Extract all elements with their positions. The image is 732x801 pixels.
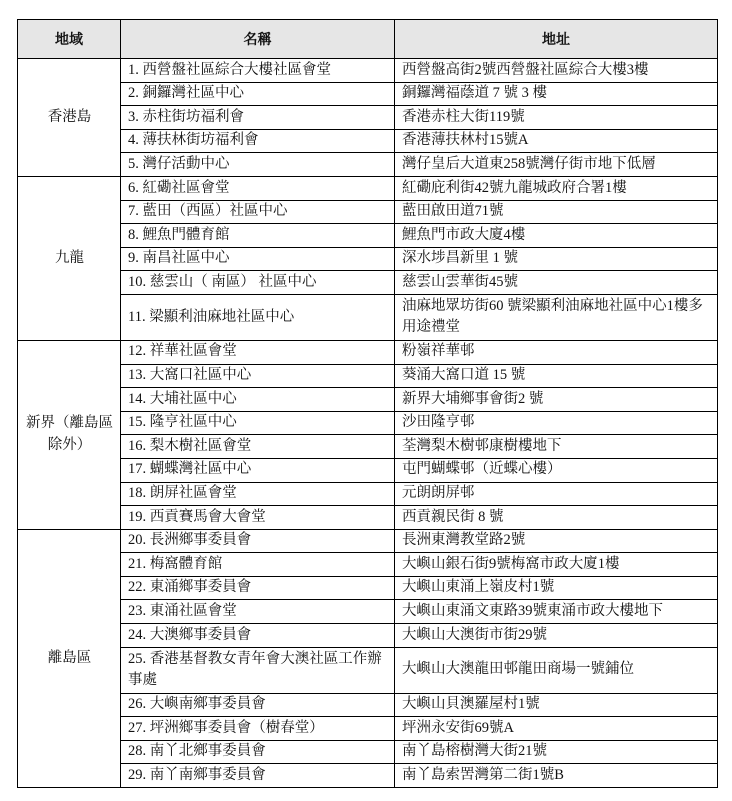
- venue-name: 8. 鯉魚門體育館: [121, 224, 395, 248]
- table-row: 15. 隆亨社區中心 沙田隆亨邨: [18, 411, 718, 435]
- venue-name: 7. 藍田（西區）社區中心: [121, 200, 395, 224]
- table-row: 10. 慈雲山（ 南區） 社區中心 慈雲山雲華街45號: [18, 271, 718, 295]
- table-row: 九龍 6. 紅磡社區會堂 紅磡庇利街42號九龍城政府合署1樓: [18, 176, 718, 200]
- table-row: 4. 薄扶林街坊福利會 香港薄扶林村15號A: [18, 129, 718, 153]
- venue-address: 沙田隆亨邨: [395, 411, 718, 435]
- table-row: 21. 梅窩體育館 大嶼山銀石街9號梅窩市政大廈1樓: [18, 553, 718, 577]
- venue-name: 13. 大窩口社區中心: [121, 364, 395, 388]
- venue-address: 藍田啟田道71號: [395, 200, 718, 224]
- table-row: 14. 大埔社區中心 新界大埔鄉事會街2 號: [18, 388, 718, 412]
- venue-address: 元朗朗屏邨: [395, 482, 718, 506]
- venue-address: 西貢親民街 8 號: [395, 506, 718, 530]
- venue-address: 香港赤柱大街119號: [395, 106, 718, 130]
- venue-name: 12. 祥華社區會堂: [121, 340, 395, 364]
- venue-name: 21. 梅窩體育館: [121, 553, 395, 577]
- venue-address: 屯門蝴蝶邨（近蝶心樓）: [395, 458, 718, 482]
- venue-address: 南丫島索罟灣第二街1號B: [395, 764, 718, 788]
- table-row: 23. 東涌社區會堂 大嶼山東涌文東路39號東涌市政大樓地下: [18, 600, 718, 624]
- table-row: 9. 南昌社區中心 深水埗昌新里 1 號: [18, 247, 718, 271]
- table-row: 離島區 20. 長洲鄉事委員會 長洲東灣教堂路2號: [18, 529, 718, 553]
- venue-name: 29. 南丫南鄉事委員會: [121, 764, 395, 788]
- venue-address: 長洲東灣教堂路2號: [395, 529, 718, 553]
- table-row: 8. 鯉魚門體育館 鯉魚門市政大廈4樓: [18, 224, 718, 248]
- table-row: 新界（離島區除外） 12. 祥華社區會堂 粉嶺祥華邨: [18, 340, 718, 364]
- venue-name: 28. 南丫北鄉事委員會: [121, 740, 395, 764]
- table-row: 5. 灣仔活動中心 灣仔皇后大道東258號灣仔街市地下低層: [18, 153, 718, 177]
- venue-name: 14. 大埔社區中心: [121, 388, 395, 412]
- table-row: 26. 大嶼南鄉事委員會 大嶼山貝澳羅屋村1號: [18, 693, 718, 717]
- venue-address: 紅磡庇利街42號九龍城政府合署1樓: [395, 176, 718, 200]
- venue-address: 葵涌大窩口道 15 號: [395, 364, 718, 388]
- region-cell-hong-kong-island: 香港島: [18, 59, 121, 177]
- venue-name: 20. 長洲鄉事委員會: [121, 529, 395, 553]
- table-row: 2. 銅鑼灣社區中心 銅鑼灣福蔭道 7 號 3 樓: [18, 82, 718, 106]
- venue-name: 25. 香港基督教女青年會大澳社區工作辦事處: [121, 647, 395, 693]
- venue-address: 大嶼山大澳龍田邨龍田商場一號鋪位: [395, 647, 718, 693]
- venue-address: 新界大埔鄉事會街2 號: [395, 388, 718, 412]
- venue-address: 灣仔皇后大道東258號灣仔街市地下低層: [395, 153, 718, 177]
- venue-address: 油麻地眾坊街60 號梁顯利油麻地社區中心1樓多用途禮堂: [395, 294, 718, 340]
- region-cell-islands: 離島區: [18, 529, 121, 787]
- table-row: 25. 香港基督教女青年會大澳社區工作辦事處 大嶼山大澳龍田邨龍田商場一號鋪位: [18, 647, 718, 693]
- venue-address: 慈雲山雲華街45號: [395, 271, 718, 295]
- table-row: 24. 大澳鄉事委員會 大嶼山大澳街市街29號: [18, 624, 718, 648]
- table-row: 17. 蝴蝶灣社區中心 屯門蝴蝶邨（近蝶心樓）: [18, 458, 718, 482]
- venue-name: 11. 梁顯利油麻地社區中心: [121, 294, 395, 340]
- venue-name: 17. 蝴蝶灣社區中心: [121, 458, 395, 482]
- table-row: 18. 朗屏社區會堂 元朗朗屏邨: [18, 482, 718, 506]
- table-row: 3. 赤柱街坊福利會 香港赤柱大街119號: [18, 106, 718, 130]
- table-row: 27. 坪洲鄉事委員會（樹春堂） 坪洲永安街69號A: [18, 717, 718, 741]
- venue-name: 6. 紅磡社區會堂: [121, 176, 395, 200]
- venue-name: 15. 隆亨社區中心: [121, 411, 395, 435]
- venue-name: 4. 薄扶林街坊福利會: [121, 129, 395, 153]
- venue-address: 粉嶺祥華邨: [395, 340, 718, 364]
- table-row: 19. 西貢賽馬會大會堂 西貢親民街 8 號: [18, 506, 718, 530]
- venue-name: 5. 灣仔活動中心: [121, 153, 395, 177]
- venue-name: 24. 大澳鄉事委員會: [121, 624, 395, 648]
- venue-name: 2. 銅鑼灣社區中心: [121, 82, 395, 106]
- venue-address: 西營盤高街2號西營盤社區綜合大樓3樓: [395, 59, 718, 83]
- table-row: 29. 南丫南鄉事委員會 南丫島索罟灣第二街1號B: [18, 764, 718, 788]
- venue-name: 18. 朗屏社區會堂: [121, 482, 395, 506]
- venue-address: 銅鑼灣福蔭道 7 號 3 樓: [395, 82, 718, 106]
- table-row: 香港島 1. 西營盤社區綜合大樓社區會堂 西營盤高街2號西營盤社區綜合大樓3樓: [18, 59, 718, 83]
- venue-name: 3. 赤柱街坊福利會: [121, 106, 395, 130]
- venue-address: 大嶼山貝澳羅屋村1號: [395, 693, 718, 717]
- table-row: 11. 梁顯利油麻地社區中心 油麻地眾坊街60 號梁顯利油麻地社區中心1樓多用途…: [18, 294, 718, 340]
- venue-name: 1. 西營盤社區綜合大樓社區會堂: [121, 59, 395, 83]
- table-row: 22. 東涌鄉事委員會 大嶼山東涌上嶺皮村1號: [18, 576, 718, 600]
- venue-name: 27. 坪洲鄉事委員會（樹春堂）: [121, 717, 395, 741]
- table-row: 13. 大窩口社區中心 葵涌大窩口道 15 號: [18, 364, 718, 388]
- venue-name: 16. 梨木樹社區會堂: [121, 435, 395, 459]
- venue-address: 荃灣梨木樹邨康樹樓地下: [395, 435, 718, 459]
- venue-name: 19. 西貢賽馬會大會堂: [121, 506, 395, 530]
- venue-address: 坪洲永安街69號A: [395, 717, 718, 741]
- header-name: 名稱: [121, 20, 395, 59]
- header-address: 地址: [395, 20, 718, 59]
- venue-name: 10. 慈雲山（ 南區） 社區中心: [121, 271, 395, 295]
- venue-name: 9. 南昌社區中心: [121, 247, 395, 271]
- venue-name: 23. 東涌社區會堂: [121, 600, 395, 624]
- venue-table: 地域 名稱 地址 香港島 1. 西營盤社區綜合大樓社區會堂 西營盤高街2號西營盤…: [17, 19, 718, 788]
- venue-address: 鯉魚門市政大廈4樓: [395, 224, 718, 248]
- venue-address: 大嶼山東涌上嶺皮村1號: [395, 576, 718, 600]
- venue-address: 大嶼山東涌文東路39號東涌市政大樓地下: [395, 600, 718, 624]
- region-cell-kowloon: 九龍: [18, 176, 121, 340]
- table-row: 28. 南丫北鄉事委員會 南丫島榕樹灣大街21號: [18, 740, 718, 764]
- header-row: 地域 名稱 地址: [18, 20, 718, 59]
- table-row: 16. 梨木樹社區會堂 荃灣梨木樹邨康樹樓地下: [18, 435, 718, 459]
- header-region: 地域: [18, 20, 121, 59]
- venue-address: 南丫島榕樹灣大街21號: [395, 740, 718, 764]
- table-row: 7. 藍田（西區）社區中心 藍田啟田道71號: [18, 200, 718, 224]
- venue-address: 大嶼山銀石街9號梅窩市政大廈1樓: [395, 553, 718, 577]
- region-cell-new-territories: 新界（離島區除外）: [18, 340, 121, 529]
- venue-address: 香港薄扶林村15號A: [395, 129, 718, 153]
- venue-address: 深水埗昌新里 1 號: [395, 247, 718, 271]
- venue-name: 22. 東涌鄉事委員會: [121, 576, 395, 600]
- venue-name: 26. 大嶼南鄉事委員會: [121, 693, 395, 717]
- venue-address: 大嶼山大澳街市街29號: [395, 624, 718, 648]
